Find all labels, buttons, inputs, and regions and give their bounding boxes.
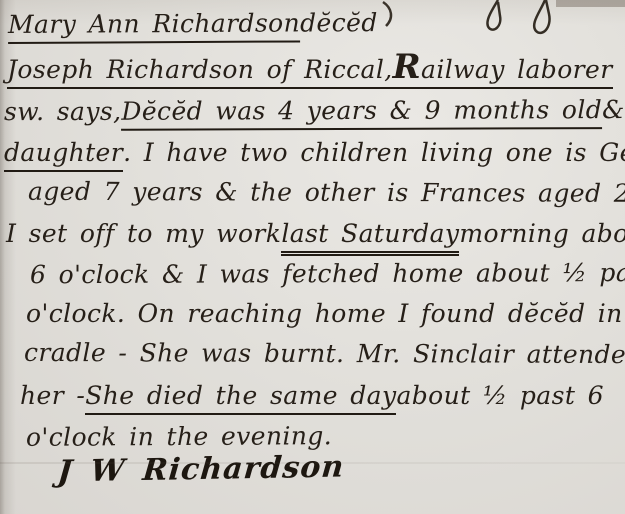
handwritten-text: 6 o'clock & I was fetched home about ½ p… xyxy=(30,257,625,291)
handwritten-text: aged 7 years & the other is Frances aged… xyxy=(28,176,625,211)
signature: J W Richardson xyxy=(56,450,346,490)
handwritten-text: her - xyxy=(20,380,85,412)
handwritten-text: I set off to my work xyxy=(6,218,281,250)
manuscript-line: aged 7 years & the other is Frances aged… xyxy=(28,176,625,211)
handwritten-text: Railway laborer xyxy=(393,50,613,89)
handwritten-text: o'clock in the evening. xyxy=(26,420,332,454)
manuscript-line: Joseph Richardson of Riccal, Railway lab… xyxy=(7,50,613,89)
handwritten-text: Mary Ann Richardson xyxy=(8,7,300,44)
handwritten-text: daughter xyxy=(4,137,123,172)
manuscript-line: cradle - She was burnt. Mr. Sinclair att… xyxy=(24,337,625,371)
manuscript-line: sw. says, Dĕcĕd was 4 years & 9 months o… xyxy=(4,94,625,131)
manuscript-line: daughter. I have two children living one… xyxy=(4,137,625,172)
manuscript-page: Mary Ann Richardson dĕcĕd Joseph Richard… xyxy=(0,0,625,514)
manuscript-line: Mary Ann Richardson dĕcĕd xyxy=(8,7,378,44)
manuscript-line: her - She died the same day about ½ past… xyxy=(20,380,604,415)
manuscript-line: o'clock. On reaching home I found dĕcĕd … xyxy=(26,298,625,330)
handwritten-text: She died the same day xyxy=(85,380,396,415)
handwritten-text: Dĕcĕd was 4 years & 9 months old xyxy=(121,94,602,131)
manuscript-line: I set off to my work last Saturday morni… xyxy=(6,218,625,256)
manuscript-line: 6 o'clock & I was fetched home about ½ p… xyxy=(30,257,625,291)
handwritten-text: & my xyxy=(602,94,625,126)
manuscript-line: o'clock in the evening. xyxy=(26,420,332,454)
handwritten-text: . I have two children living one is Geor… xyxy=(123,137,625,169)
handwritten-text: last Saturday xyxy=(281,218,459,256)
handwritten-text: o'clock. On reaching home I found dĕcĕd … xyxy=(26,298,625,330)
handwritten-text: morning about xyxy=(459,218,625,250)
handwritten-text: Joseph Richardson of Riccal, xyxy=(7,54,393,89)
handwritten-text: dĕcĕd xyxy=(300,7,378,39)
handwritten-text: cradle - She was burnt. Mr. Sinclair att… xyxy=(24,337,625,371)
handwritten-text: sw. says, xyxy=(4,96,122,128)
handwritten-text: about ½ past 6 xyxy=(396,380,603,412)
paper-crease xyxy=(0,462,625,464)
